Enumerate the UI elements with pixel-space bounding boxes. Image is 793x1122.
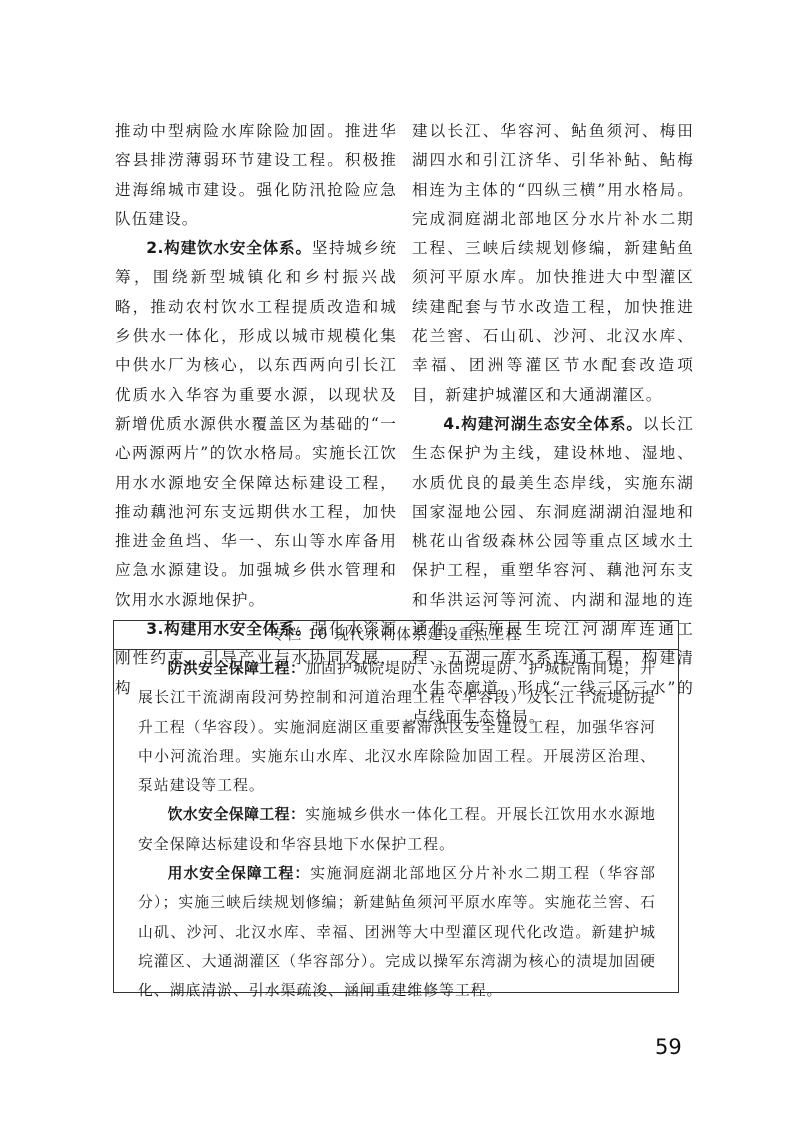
box-item-heading: 饮水安全保障工程：: [168, 806, 306, 823]
box-item-heading: 用水安全保障工程：: [168, 865, 311, 882]
feature-box-body: 防洪安全保障工程：加固护城院堤防、永固垸堤防、护城院南间堤，开展长江干流湖南段河…: [114, 650, 678, 1006]
box-item-text: 实施洞庭湖北部地区分片补水二期工程（华容部分）；实施三峡后续规划修编；新建鲇鱼须…: [138, 865, 656, 999]
paragraph-flood-continuation: 推动中型病险水库除险加固。推进华容县排涝薄弱环节建设工程。积极推进海绵城市建设。…: [115, 117, 397, 234]
box-item-water-use: 用水安全保障工程：实施洞庭湖北部地区分片补水二期工程（华容部分）；实施三峡后续规…: [138, 859, 656, 1005]
section-heading-drinking-water: 2.构建饮水安全体系。: [146, 239, 312, 257]
box-item-drinking-water: 饮水安全保障工程：实施城乡供水一体化工程。开展长江饮用水水源地安全保障达标建设和…: [138, 800, 656, 859]
feature-box-key-projects: 专栏 10 现代水利体系建设重点工程 防洪安全保障工程：加固护城院堤防、永固垸堤…: [113, 620, 679, 993]
feature-box-title: 专栏 10 现代水利体系建设重点工程: [114, 621, 678, 650]
box-item-text: 加固护城院堤防、永固垸堤防、护城院南间堤，开展长江干流湖南段河势控制和河道治理工…: [138, 660, 656, 794]
section-body-drinking-water: 坚持城乡统筹，围绕新型城镇化和乡村振兴战略，推动农村饮水工程提质改造和城乡供水一…: [115, 239, 397, 609]
box-item-flood-control: 防洪安全保障工程：加固护城院堤防、永固垸堤防、护城院南间堤，开展长江干流湖南段河…: [138, 654, 656, 800]
paragraph-water-use-continuation: 建以长江、华容河、鲇鱼须河、梅田湖四水和引江济华、引华补鲇、鲇梅相连为主体的“四…: [412, 117, 694, 410]
box-item-heading: 防洪安全保障工程：: [168, 660, 306, 677]
section-heading-river-lake-ecology: 4.构建河湖生态安全体系。: [443, 415, 643, 433]
paragraph-drinking-water: 2.构建饮水安全体系。坚持城乡统筹，围绕新型城镇化和乡村振兴战略，推动农村饮水工…: [115, 234, 397, 615]
page-number: 59: [655, 1035, 682, 1059]
left-column: 推动中型病险水库除险加固。推进华容县排涝薄弱环节建设工程。积极推进海绵城市建设。…: [115, 117, 397, 703]
